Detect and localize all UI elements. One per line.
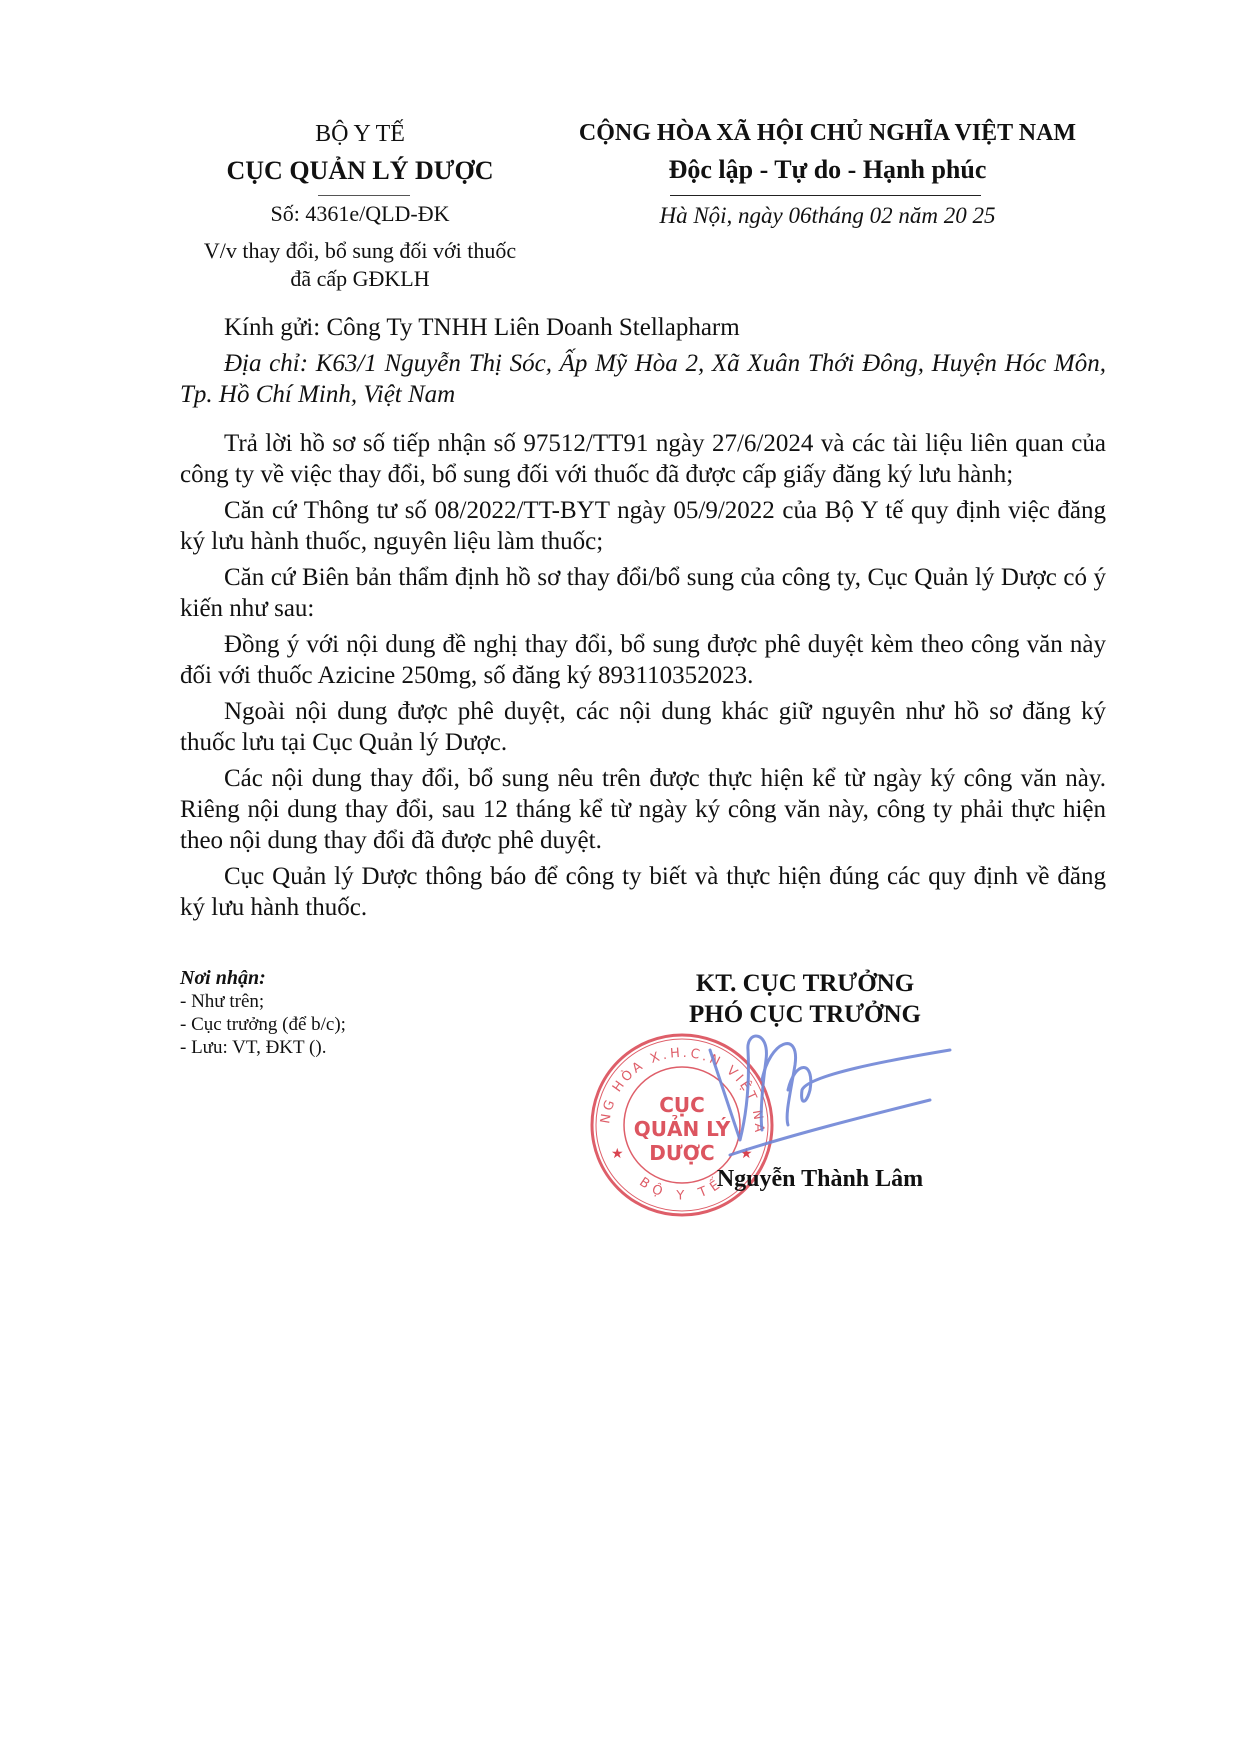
body-paragraph: Ngoài nội dung được phê duyệt, các nội d… — [180, 696, 1106, 758]
signatory-title-line-1: KT. CỤC TRƯỞNG — [655, 968, 955, 999]
letter-body: Trả lời hồ sơ số tiếp nhận số 97512/TT91… — [180, 428, 1106, 928]
recipient-to: Kính gửi: Công Ty TNHH Liên Doanh Stella… — [180, 312, 1106, 343]
body-paragraph: Đồng ý với nội dung đề nghị thay đổi, bổ… — [180, 629, 1106, 691]
body-paragraph: Trả lời hồ sơ số tiếp nhận số 97512/TT91… — [180, 428, 1106, 490]
department-name: CỤC QUẢN LÝ DƯỢC — [160, 156, 560, 186]
recipient-block: Kính gửi: Công Ty TNHH Liên Doanh Stella… — [180, 312, 1106, 415]
body-paragraph: Các nội dung thay đổi, bổ sung nêu trên … — [180, 763, 1106, 856]
document-number: Số: 4361e/QLD-ĐK — [160, 201, 560, 227]
body-paragraph: Căn cứ Biên bản thẩm định hồ sơ thay đổi… — [180, 562, 1106, 624]
distribution-item: - Lưu: VT, ĐKT (). — [180, 1036, 346, 1059]
handwritten-signature — [690, 1020, 960, 1160]
place-date: Hà Nội, ngày 06tháng 02 năm 20 25 — [560, 203, 1095, 229]
distribution-item: - Như trên; — [180, 990, 346, 1013]
document-subject: V/v thay đổi, bổ sung đối với thuốc đã c… — [160, 237, 560, 293]
subject-line-2: đã cấp GĐKLH — [160, 265, 560, 293]
national-title: CỘNG HÒA XÃ HỘI CHỦ NGHĨA VIỆT NAM — [560, 120, 1095, 147]
distribution-item: - Cục trưởng (để b/c); — [180, 1013, 346, 1036]
subject-line-1: V/v thay đổi, bổ sung đối với thuốc — [160, 237, 560, 265]
header-right-divider — [670, 195, 981, 196]
distribution-title: Nơi nhận: — [180, 967, 346, 990]
recipient-address: Địa chỉ: K63/1 Nguyễn Thị Sóc, Ấp Mỹ Hòa… — [180, 348, 1106, 410]
header-left-divider — [318, 195, 410, 196]
distribution-list: Nơi nhận: - Như trên; - Cục trưởng (để b… — [180, 967, 346, 1059]
body-paragraph: Cục Quản lý Dược thông báo để công ty bi… — [180, 861, 1106, 923]
body-paragraph: Căn cứ Thông tư số 08/2022/TT-BYT ngày 0… — [180, 495, 1106, 557]
star-icon: ★ — [611, 1147, 624, 1162]
signatory-name: Nguyễn Thành Lâm — [690, 1166, 950, 1193]
national-motto: Độc lập - Tự do - Hạnh phúc — [560, 155, 1095, 185]
ministry-name: BỘ Y TẾ — [160, 121, 560, 148]
